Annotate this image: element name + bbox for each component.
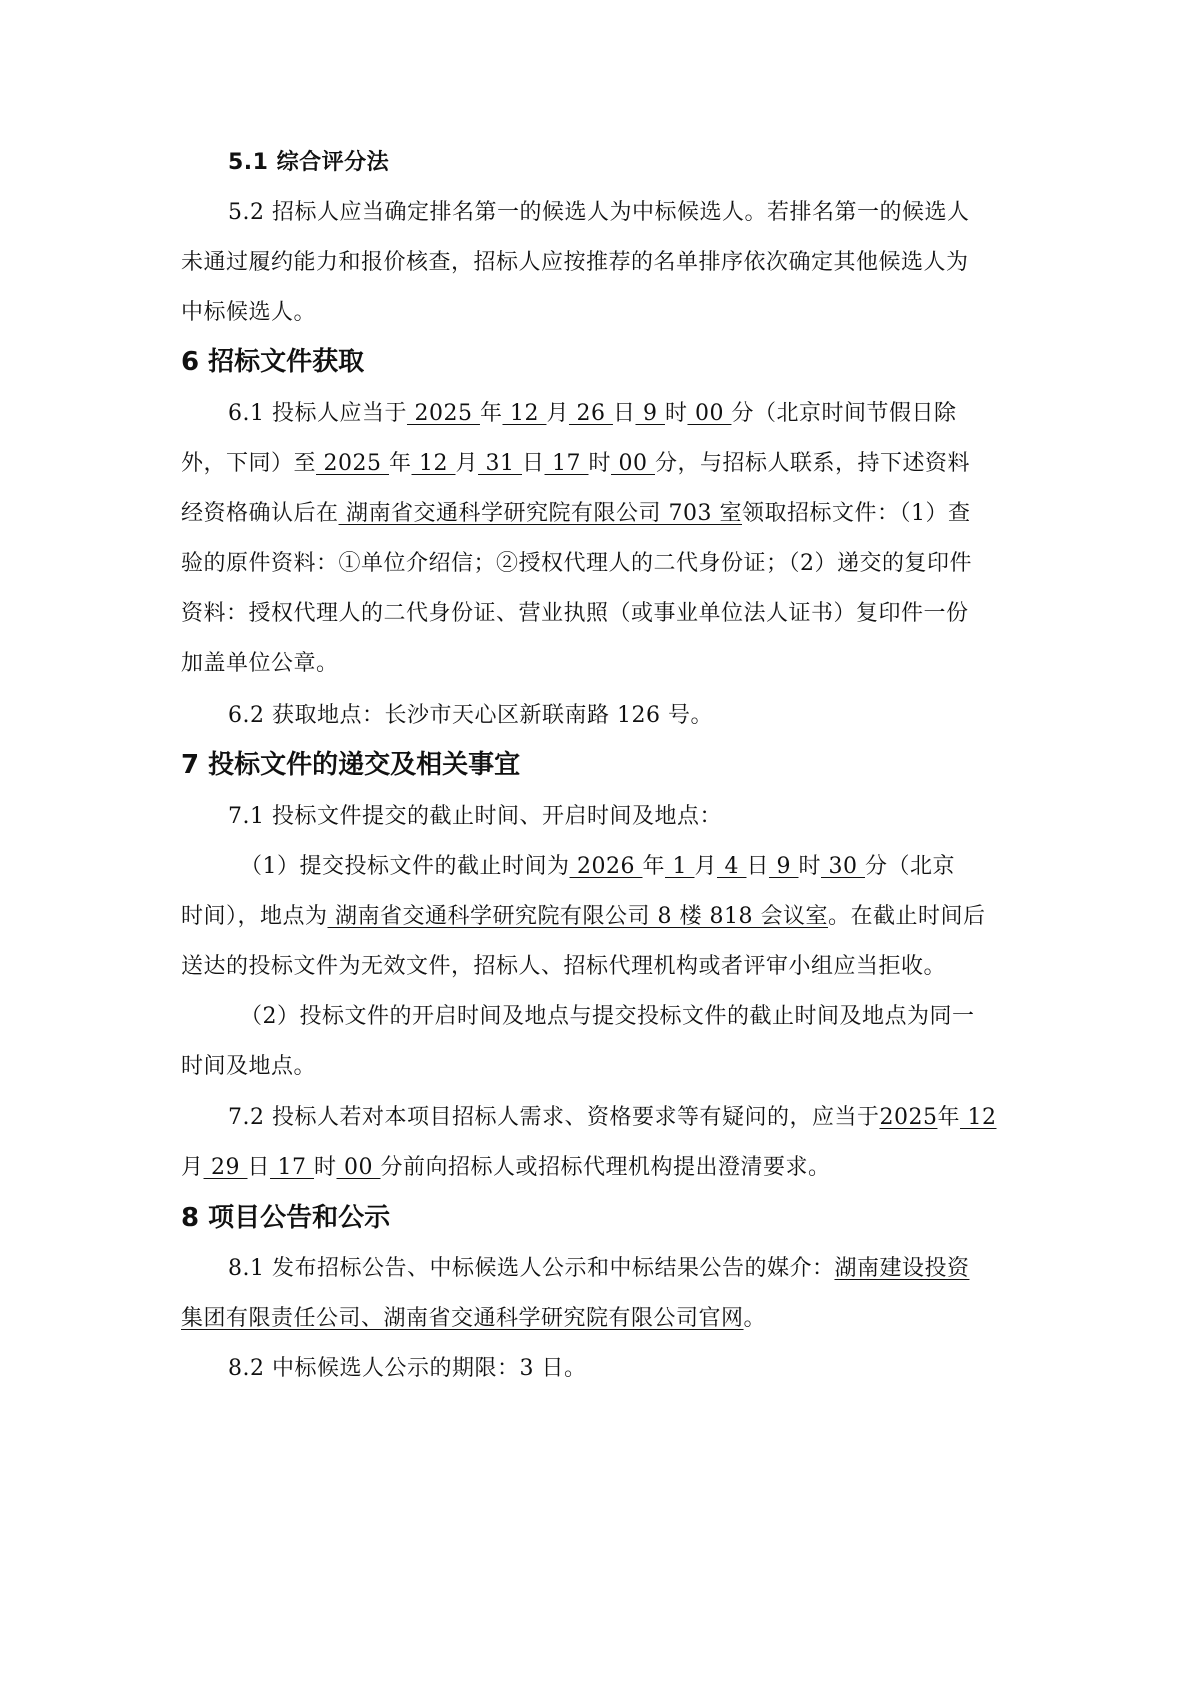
text: 6.1 投标人应当于 [228, 401, 407, 426]
deadline-year: 2026 [570, 854, 643, 879]
text: 年 [389, 451, 412, 476]
clause-6-1-line-5: 资料：授权代理人的二代身份证、营业执照（或事业单位法人证书）复印件一份 [181, 599, 1011, 629]
text: 时 [665, 401, 688, 426]
clause-8-2: 8.2 中标候选人公示的期限：3 日。 [228, 1354, 1058, 1384]
text: 日 [613, 401, 636, 426]
submission-location: 湖南省交通科学研究院有限公司 8 楼 818 会议室 [328, 904, 828, 929]
pickup-location: 湖南省交通科学研究院有限公司 703 室 [339, 501, 742, 526]
start-minute: 00 [687, 401, 731, 426]
section-heading-7: 7 投标文件的递交及相关事宜 [181, 749, 520, 781]
clause-6-1-line-3: 经资格确认后在 湖南省交通科学研究院有限公司 703 室领取招标文件：（1）查 [181, 499, 1011, 529]
clause-7-2-line-2: 月 29 日 17 时 00 分前向招标人或招标代理机构提出澄清要求。 [181, 1153, 1011, 1183]
section-heading-8: 8 项目公告和公示 [181, 1202, 390, 1234]
text: 7.2 投标人若对本项目招标人需求、资格要求等有疑问的，应当于 [228, 1105, 879, 1130]
start-hour: 9 [635, 401, 664, 426]
text: 8.1 发布招标公告、中标候选人公示和中标结果公告的媒介： [228, 1256, 834, 1281]
clause-5-2-line-2: 未通过履约能力和报价核查，招标人应按推荐的名单排序依次确定其他候选人为 [181, 248, 1011, 278]
clause-6-1-line-6: 加盖单位公章。 [181, 649, 1011, 679]
section-heading-6: 6 招标文件获取 [181, 346, 364, 378]
text: 月 [694, 854, 717, 879]
clause-7-1-p1-line-1: （1）提交投标文件的截止时间为 2026 年 1 月 4 日 9 时 30 分（… [240, 852, 1070, 882]
clause-5-2-line-3: 中标候选人。 [181, 298, 1011, 328]
end-minute: 00 [611, 451, 655, 476]
end-day: 31 [478, 451, 522, 476]
clause-8-1-line-1: 8.1 发布招标公告、中标候选人公示和中标结果公告的媒介：湖南建设投资 [228, 1254, 1058, 1284]
text: 分（北京 [865, 854, 955, 879]
text: 领取招标文件：（1）查 [742, 501, 971, 526]
text: 分，与招标人联系，持下述资料 [655, 451, 970, 476]
text: 时 [314, 1155, 337, 1180]
start-day: 26 [569, 401, 613, 426]
text: 年 [480, 401, 503, 426]
start-month: 12 [502, 401, 546, 426]
clause-7-1-p1-line-3: 送达的投标文件为无效文件，招标人、招标代理机构或者评审小组应当拒收。 [181, 952, 1011, 982]
clause-7-1-p2-line-1: （2）投标文件的开启时间及地点与提交投标文件的截止时间及地点为同一 [240, 1002, 1070, 1032]
clause-6-1-line-1: 6.1 投标人应当于 2025 年 12 月 26 日 9 时 00 分（北京时… [228, 399, 1058, 429]
clause-7-1-p2-line-2: 时间及地点。 [181, 1052, 1011, 1082]
publication-media-cont: 集团有限责任公司、湖南省交通科学研究院有限公司官网 [181, 1306, 744, 1331]
clarify-month: 12 [960, 1105, 997, 1130]
text: 分（北京时间节假日除 [731, 401, 956, 426]
clarify-hour: 17 [270, 1155, 314, 1180]
end-year: 2025 [316, 451, 389, 476]
clarify-year: 2025 [879, 1105, 937, 1130]
text: 月 [456, 451, 479, 476]
text: 日 [248, 1155, 271, 1180]
deadline-hour: 9 [769, 854, 798, 879]
clause-6-1-line-4: 验的原件资料：①单位介绍信；②授权代理人的二代身份证；（2）递交的复印件 [181, 549, 1011, 579]
clause-7-1-title: 7.1 投标文件提交的截止时间、开启时间及地点： [228, 802, 1058, 832]
deadline-month: 1 [665, 854, 694, 879]
clarify-day: 29 [204, 1155, 248, 1180]
clause-6-2: 6.2 获取地点：长沙市天心区新联南路 126 号。 [228, 701, 1058, 731]
clause-7-1-p1-line-2: 时间），地点为 湖南省交通科学研究院有限公司 8 楼 818 会议室。在截止时间… [181, 902, 1011, 932]
text: 年 [642, 854, 665, 879]
text: 日 [746, 854, 769, 879]
deadline-minute: 30 [821, 854, 865, 879]
end-hour: 17 [545, 451, 589, 476]
text: 分前向招标人或招标代理机构提出澄清要求。 [381, 1155, 831, 1180]
text: 日 [522, 451, 545, 476]
text: 时 [589, 451, 612, 476]
clarify-minute: 00 [337, 1155, 381, 1180]
text: 外，下同）至 [181, 451, 316, 476]
clause-7-2-line-1: 7.2 投标人若对本项目招标人需求、资格要求等有疑问的，应当于2025年 12 [228, 1103, 1058, 1133]
deadline-day: 4 [717, 854, 746, 879]
text: 。在截止时间后 [828, 904, 986, 929]
text: 经资格确认后在 [181, 501, 339, 526]
text: 月 [546, 401, 569, 426]
text: 。 [744, 1306, 767, 1331]
clause-8-1-line-2: 集团有限责任公司、湖南省交通科学研究院有限公司官网。 [181, 1304, 1011, 1334]
clause-6-1-line-2: 外，下同）至 2025 年 12 月 31 日 17 时 00 分，与招标人联系… [181, 449, 1011, 479]
document-page: 5.1 综合评分法 5.2 招标人应当确定排名第一的候选人为中标候选人。若排名第… [0, 0, 1190, 1683]
clause-5-2-line-1: 5.2 招标人应当确定排名第一的候选人为中标候选人。若排名第一的候选人 [228, 198, 1058, 228]
end-month: 12 [412, 451, 456, 476]
text: 年 [937, 1105, 960, 1130]
text: 月 [181, 1155, 204, 1180]
text: 时间），地点为 [181, 904, 328, 929]
publication-media: 湖南建设投资 [834, 1256, 969, 1281]
text: 时 [798, 854, 821, 879]
text: （1）提交投标文件的截止时间为 [240, 854, 570, 879]
start-year: 2025 [407, 401, 480, 426]
clause-5-1: 5.1 综合评分法 [228, 148, 1058, 178]
